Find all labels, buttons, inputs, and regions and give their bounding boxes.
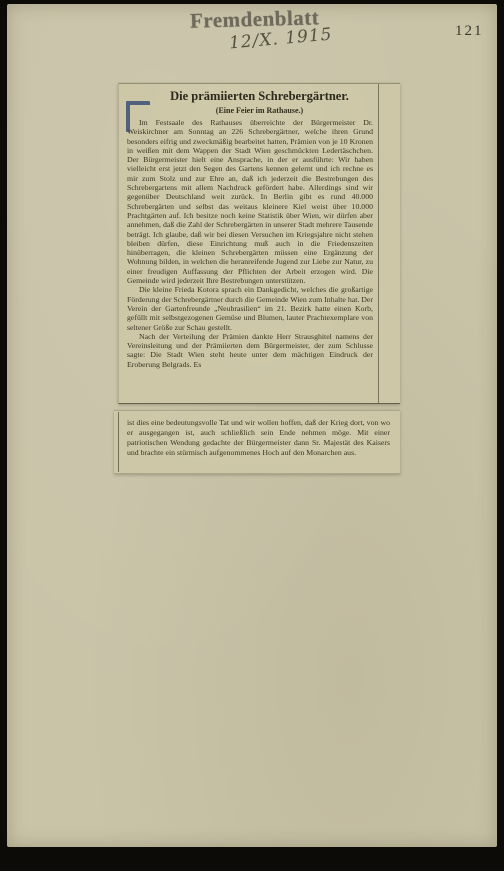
article-paragraph-3: Nach der Verteilung der Prämien dankte H… xyxy=(119,332,400,369)
article-continuation-text: ist dies eine bedeutungsvolle Tat und wi… xyxy=(114,414,400,458)
column-rule-left xyxy=(118,412,119,472)
article-title: Die prämiierten Schrebergärtner. xyxy=(119,89,400,104)
newspaper-clipping-continuation: ist dies eine bedeutungsvolle Tat und wi… xyxy=(114,410,400,474)
article-paragraph-2: Die kleine Frieda Kotora sprach ein Dank… xyxy=(119,285,400,331)
article-paragraph-1: Im Festsaale des Rathauses überreichte d… xyxy=(119,118,400,285)
column-rule xyxy=(378,84,379,403)
blue-corner-mark xyxy=(126,101,150,132)
album-page: Fremdenblatt 12/X. 1915 121 Die prämiier… xyxy=(7,4,497,847)
newspaper-clipping-main: Die prämiierten Schrebergärtner. (Eine F… xyxy=(118,83,400,404)
article-subtitle: (Eine Feier im Rathause.) xyxy=(119,106,400,115)
page-number: 121 xyxy=(455,23,484,40)
scan-background: Fremdenblatt 12/X. 1915 121 Die prämiier… xyxy=(0,0,504,871)
